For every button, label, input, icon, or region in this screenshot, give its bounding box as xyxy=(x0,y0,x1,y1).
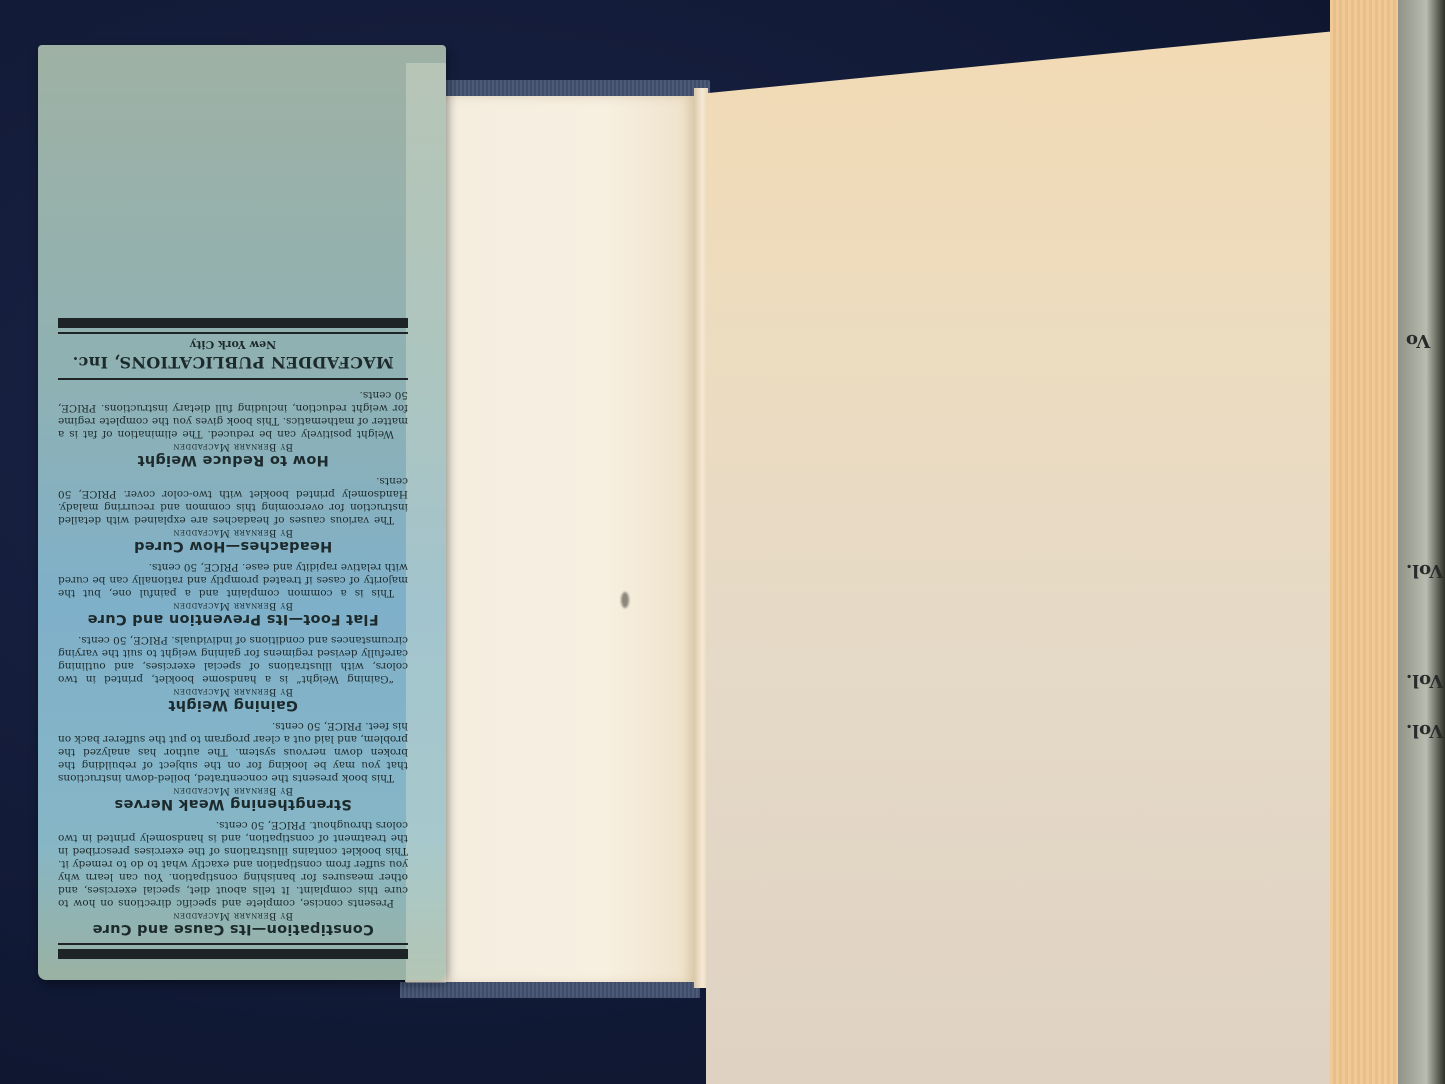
publisher-city: New York City xyxy=(58,338,408,351)
book-entry: Headaches—How Cured By Bernarr Macfadden… xyxy=(58,474,408,554)
book-gutter xyxy=(694,88,708,988)
entry-title: Flat Foot—Its Prevention and Cure xyxy=(58,611,408,627)
blank-flyleaf-page xyxy=(706,30,1346,1084)
entry-author: By Bernarr Macfadden xyxy=(58,527,408,538)
rule-thick xyxy=(58,318,408,328)
entry-title: Gaining Weight xyxy=(58,697,408,713)
book-entry: Strengthening Weak Nerves By Bernarr Mac… xyxy=(58,719,408,812)
endpaper-spot xyxy=(621,592,629,608)
publisher-name: MACFADDEN PUBLICATIONS, Inc. xyxy=(58,353,408,372)
page-fragment: Vo xyxy=(1406,330,1430,351)
book-board-top-edge xyxy=(440,80,710,96)
entry-body: Presents concise, complete and specific … xyxy=(58,818,408,909)
page-fragment: Vol. xyxy=(1406,670,1443,691)
rule-thin xyxy=(58,332,408,334)
entry-body: This book presents the concentrated, boi… xyxy=(58,719,408,784)
entry-body: “Gaining Weight” is a handsome booklet, … xyxy=(58,633,408,685)
book-entry: Constipation—Its Cause and Cure By Berna… xyxy=(58,818,408,937)
publisher-block: MACFADDEN PUBLICATIONS, Inc. New York Ci… xyxy=(58,338,408,380)
page-fragment: Vol. xyxy=(1406,560,1443,581)
adjacent-page-strip: Vo Vol. Vol. Vol. xyxy=(1398,0,1445,1084)
page-fragment: Vol. xyxy=(1406,720,1443,741)
book-entry: Flat Foot—Its Prevention and Cure By Ber… xyxy=(58,560,408,627)
entry-title: Headaches—How Cured xyxy=(58,538,408,554)
entry-title: Constipation—Its Cause and Cure xyxy=(58,921,408,937)
entry-author: By Bernarr Macfadden xyxy=(58,600,408,611)
entry-title: How to Reduce Weight xyxy=(58,452,408,468)
entry-author: By Bernarr Macfadden xyxy=(58,686,408,697)
entry-author: By Bernarr Macfadden xyxy=(58,910,408,921)
front-endpaper xyxy=(405,96,695,984)
rule-thin xyxy=(58,943,408,945)
entry-body: The various causes of headaches are expl… xyxy=(58,474,408,526)
dust-jacket-flap: Constipation—Its Cause and Cure By Berna… xyxy=(38,45,446,980)
book-entry: Gaining Weight By Bernarr Macfadden “Gai… xyxy=(58,633,408,713)
book-entry: How to Reduce Weight By Bernarr Macfadde… xyxy=(58,388,408,468)
entry-body: This is a common complaint and a painful… xyxy=(58,560,408,599)
jacket-fold-shadow xyxy=(406,63,446,983)
entry-body: Weight positively can be reduced. The el… xyxy=(58,388,408,440)
rule-thick xyxy=(58,949,408,959)
jacket-flap-text: Constipation—Its Cause and Cure By Berna… xyxy=(58,105,408,973)
entry-author: By Bernarr Macfadden xyxy=(58,441,408,452)
entry-author: By Bernarr Macfadden xyxy=(58,785,408,796)
entry-title: Strengthening Weak Nerves xyxy=(58,796,408,812)
book-board-bottom-edge xyxy=(400,982,700,998)
